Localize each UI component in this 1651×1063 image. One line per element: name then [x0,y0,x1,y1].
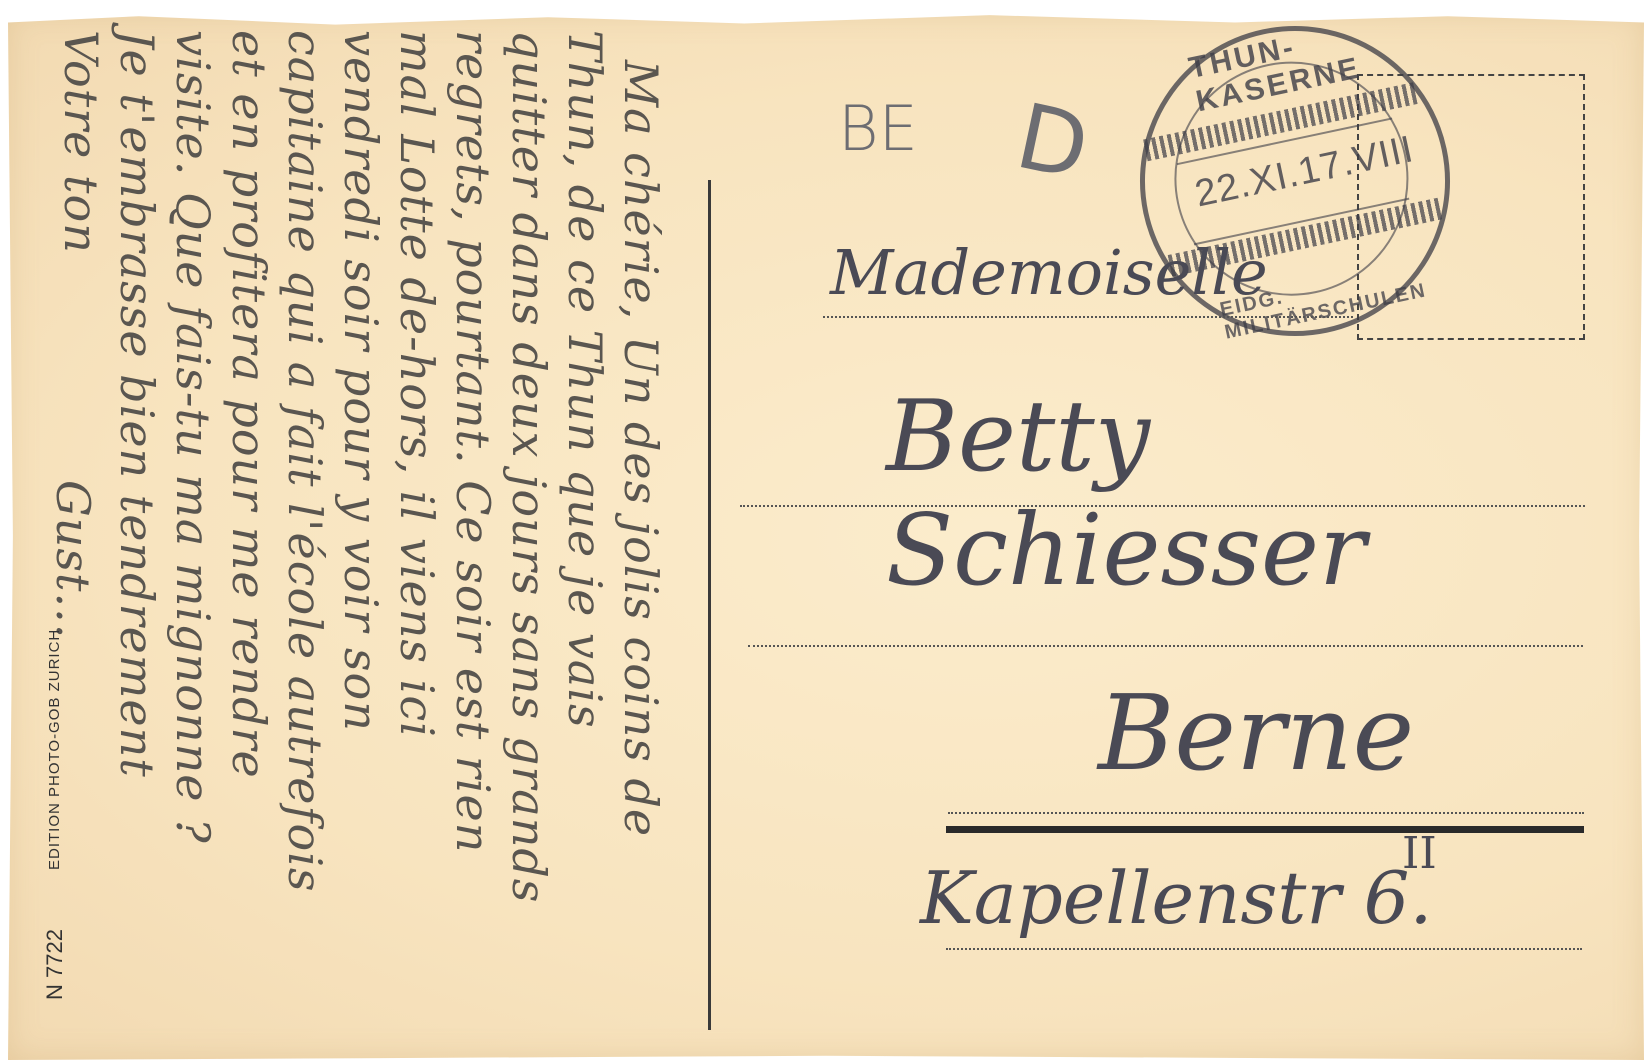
city-underline [946,826,1584,833]
address-floor: II [1402,828,1437,879]
message-line-7: capitaine qui a fait l'école autrefois [278,30,332,893]
center-divider [708,180,711,1030]
message-line-9: visite. Que fais-tu ma mignonne ? [166,30,220,844]
edition-text: EDITION PHOTO-GOB ZURICH [46,629,63,870]
message-line-5: mal Lotte de-hors, il viens ici [390,30,444,738]
message-line-3: quitter dans deux jours sans grands [502,30,556,903]
address-line-4 [948,812,1584,814]
message-line-1: Ma chérie, Un des jolis coins de [614,60,668,837]
message-line-2: Thun, de ce Thun que je vais [558,30,612,729]
signature: Gust... [46,480,100,639]
address-salutation: Mademoiselle [830,236,1268,309]
address-city: Berne [1098,672,1414,794]
address-line-5 [946,948,1582,950]
address-line-2 [740,505,1585,507]
pencil-note-be: BE [838,92,918,165]
message-line-4: regrets, pourtant. Ce soir est rien [446,30,500,853]
message-line-8: et en profitera pour me rendre [222,30,276,779]
address-name: Betty Schiesser [886,380,1651,608]
message-line-11: Votre ton [54,30,108,254]
message-line-10: Je t'embrasse bien tendrement [110,30,164,778]
address-line-3 [748,645,1583,647]
address-line-1 [823,316,1353,318]
address-street: Kapellenstr 6. [920,856,1432,940]
card-number: N 7722 [42,929,68,1000]
message-line-6: vendredi soir pour y voir son [334,30,388,732]
